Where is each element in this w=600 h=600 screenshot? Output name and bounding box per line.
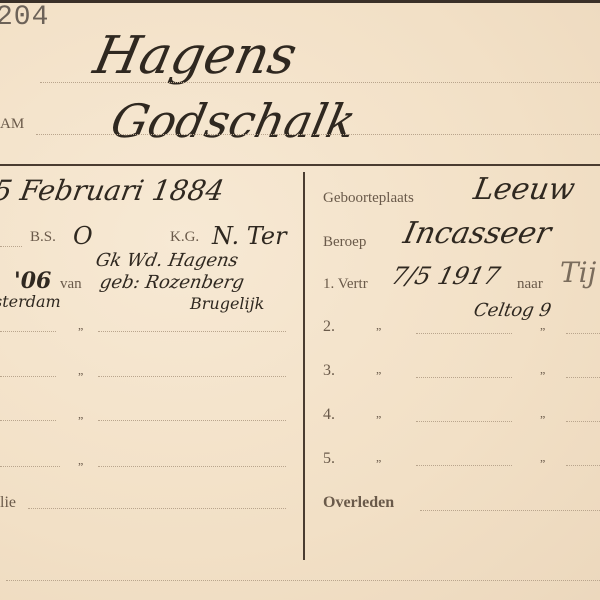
- ditto-mark: „: [78, 363, 83, 378]
- ditto-mark: „: [376, 450, 381, 465]
- left-row-line: [98, 376, 286, 377]
- ditto-mark: „: [78, 318, 83, 333]
- familie-label: lie: [0, 494, 16, 512]
- departure-4-label: 4.: [323, 406, 335, 424]
- given-names-value: Godschalk: [106, 94, 360, 148]
- departure-2-date-line: [416, 333, 512, 334]
- given-names-line: [36, 134, 600, 135]
- kg-value: N. Ter: [212, 222, 287, 250]
- ditto-mark: „: [78, 453, 83, 468]
- surname-line: [40, 82, 600, 83]
- ditto-mark: „: [540, 450, 545, 465]
- arrival-from-place: sterdam: [0, 292, 61, 311]
- ditto-mark: „: [540, 362, 545, 377]
- departure-1-date: 7/5 1917: [389, 262, 503, 290]
- ditto-mark: „: [376, 318, 381, 333]
- birthplace-label: Geboorteplaats: [323, 190, 414, 207]
- departure-1-label: 1. Vertr: [323, 276, 368, 293]
- given-names-label: AM: [0, 116, 24, 133]
- bs-value: O: [73, 222, 93, 250]
- ditto-mark: „: [78, 407, 83, 422]
- arrival-from-label: van: [60, 276, 82, 293]
- departure-5-to-line: [566, 465, 600, 466]
- occupation-value: Incasseer: [400, 216, 554, 251]
- arrival-note-1: Gk Wd. Hagens: [94, 250, 240, 271]
- birth-date-value: 5 Februari 1884: [0, 174, 227, 207]
- departure-4-date-line: [416, 421, 512, 422]
- left-row-line: [0, 331, 56, 332]
- departure-3-date-line: [416, 377, 512, 378]
- deceased-line: [420, 510, 600, 511]
- ditto-mark: „: [376, 362, 381, 377]
- bottom-line: [6, 580, 600, 581]
- left-row-line: [98, 331, 286, 332]
- deceased-label: Overleden: [323, 494, 394, 512]
- column-divider: [303, 172, 305, 560]
- left-row-line: [0, 376, 56, 377]
- departure-1-to-value: Tij: [560, 256, 596, 289]
- ditto-mark: „: [540, 406, 545, 421]
- surname-value: Hagens: [89, 26, 302, 86]
- left-row-line: [0, 466, 60, 467]
- ditto-mark: „: [540, 318, 545, 333]
- bs-line: [0, 246, 22, 247]
- departure-4-to-line: [566, 421, 600, 422]
- left-row-line: [98, 420, 286, 421]
- ditto-mark: „: [376, 406, 381, 421]
- departure-2-to-line: [566, 333, 600, 334]
- section-divider: [0, 164, 600, 166]
- left-row-line: [98, 466, 286, 467]
- departure-3-label: 3.: [323, 362, 335, 380]
- arrival-date: '06: [14, 268, 51, 294]
- departure-2-label: 2.: [323, 318, 335, 336]
- familie-line: [28, 508, 286, 509]
- departure-1-to-label: naar: [517, 276, 543, 293]
- left-row-line: [0, 420, 56, 421]
- arrival-note-2: geb: Rozenberg: [98, 272, 246, 293]
- arrival-note-3: Brugelijk: [190, 294, 264, 313]
- card-top-edge: [0, 0, 600, 3]
- registration-card: 204 Hagens AM Godschalk 5 Februari 1884 …: [0, 0, 600, 600]
- departure-5-date-line: [416, 465, 512, 466]
- kg-label: K.G.: [170, 229, 199, 246]
- birthplace-value: Leeuw: [471, 172, 578, 207]
- card-number: 204: [0, 2, 49, 33]
- departure-5-label: 5.: [323, 450, 335, 468]
- departure-3-to-line: [566, 377, 600, 378]
- occupation-label: Beroep: [323, 234, 366, 251]
- bs-label: B.S.: [30, 229, 56, 246]
